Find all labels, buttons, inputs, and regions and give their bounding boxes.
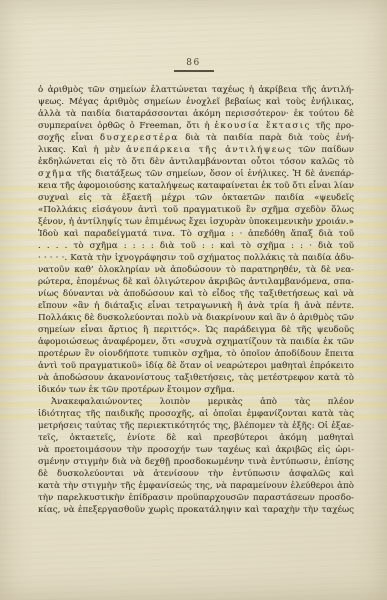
text-run: ψεως. Μέγας ἀριθμὸς σημείων ἐνοχλεῖ βεβα…	[38, 97, 354, 107]
text-line: νατοῦν καθ’ ὁλοκληρίαν νὰ ἀποδώσουν τὸ π…	[38, 264, 354, 276]
text-line: κεια τῆς ἀφομοιούσης καταλήψεως καταφαίν…	[38, 180, 354, 192]
text-line: κατὰ τὴν στιγμὴν τῆς ἐμφανίσεώς της, νὰ …	[38, 480, 354, 492]
text-line: ἀφομοιώσεως ἀναφέρομεν, ὅτι «συχνὰ σχημα…	[38, 336, 354, 348]
text-run: Πολλάκις δὲ δυσκολεύονται πολὺ νὰ διακρί…	[38, 313, 354, 323]
text-run: διὰ τὰ παιδία παρὰ διὰ τοὺς ἐνή-	[179, 133, 354, 143]
text-line: Πολλάκις δὲ δυσκολεύονται πολὺ νὰ διακρί…	[38, 312, 354, 324]
text-block: ὁ ἀριθμὸς τῶν σημείων ἐλαττώνεται ταχέως…	[38, 84, 354, 516]
page-number-rule	[174, 70, 214, 72]
text-line: τεῖς, ὀκταετεῖς, ἐνίοτε δὲ καὶ πρεσβύτερ…	[38, 432, 354, 444]
text-line: συμπεραίνει ὀρθῶς ὁ Freeman, ὅτι ἡ ἑκουσ…	[38, 120, 354, 132]
text-run: σημείων εἶναι ἄρτιος ἢ περιττός». Ὡς παρ…	[38, 325, 354, 335]
text-run: συμπεραίνει ὀρθῶς ὁ Freeman, ὅτι ἡ	[38, 121, 214, 131]
text-run: κατὰ τὴν στιγμὴν τῆς ἐμφανίσεώς της, νὰ …	[38, 481, 354, 491]
emphasized-text: δυσχερεστέρα	[100, 133, 179, 143]
text-line: ὁ ἀριθμὸς τῶν σημείων ἐλαττώνεται ταχέως…	[38, 84, 354, 96]
text-line: νίως δύνανται νὰ ἀποδώσουν καὶ τὸ εἶδος …	[38, 288, 354, 300]
text-line: νὰ ἀποδώσουν ἀκανονίστους ταξιθετήσεις, …	[38, 372, 354, 384]
text-run: συχναὶ εἰς τὰ ἑξαετῆ μέχρι τῶν ὀκταετῶν …	[38, 193, 354, 204]
text-run: ἀντὶ τοῦ πραγματικοῦ» ἰδίᾳ δὲ ὅταν οἱ νε…	[38, 361, 354, 371]
text-line: σμένην στιγμὴν διὰ νὰ δεχθῇ προσδοκωμένη…	[38, 456, 354, 468]
text-run: κίας, νὰ ἐπεξεργασθοῦν χωρὶς προκατάληψι…	[38, 505, 354, 515]
emphasized-text: σχῆμα	[38, 169, 73, 179]
text-line: λικας. Καὶ ἡ μὲν ἀνεπάρκεια τῆς ἀντιλήψε…	[38, 144, 354, 156]
text-line: ἀλλὰ τὰ παιδία διαταράσσονται ἀκόμη περι…	[38, 108, 354, 120]
text-line: μετρήσεις ταύτας τῆς περιεκτικότητός της…	[38, 420, 354, 432]
page-number: 86	[186, 58, 200, 68]
text-run: λικας. Καὶ ἡ μὲν	[38, 145, 126, 155]
text-line: «Πολλάκις εἰσάγουν ἀντὶ τοῦ πραγματικοῦ …	[38, 204, 354, 216]
text-run: εἴπουν «ἂν ἡ διάταξις εἶναι τετραγωνικὴ …	[38, 301, 354, 311]
text-run: ἀλλὰ τὰ παιδία διαταράσσονται ἀκόμη περι…	[38, 109, 354, 119]
text-run: νὰ προετοιμάσουν τὴν προσοχήν των ταχέως…	[38, 445, 354, 455]
text-run: τῶν παίδων	[292, 145, 354, 155]
text-line: σχῆμα τῆς διατάξεως τῶν σημείων, ὅσον οἱ…	[38, 168, 354, 180]
text-run: «Πολλάκις εἰσάγουν ἀντὶ τοῦ πραγματικοῦ …	[38, 205, 354, 216]
text-run: ἰδικόν των ἐκ τῶν προτέρων ἕτοιμον σχῆμα…	[38, 385, 235, 395]
page-header: 86	[0, 50, 387, 72]
text-run: δὲ δυσκολεύονται νὰ ἀτενίσουν τὴν ἐντύπω…	[38, 469, 354, 480]
text-run: ἀφομοιώσεως ἀναφέρομεν, ὅτι «συχνὰ σχημα…	[38, 337, 354, 347]
text-run: ξένον, ἡ ἀντίληψίς των ἐπιμένως ἔχει ἰσχ…	[38, 217, 354, 227]
text-run: τῆς προ-	[311, 121, 354, 131]
text-line: Ἀνακεφαλαιώνοντες λοιπὸν μερικὰς ἀπὸ τὰς…	[38, 396, 354, 408]
text-run: ρώτερα, ἑπομένως δὲ καὶ ὀλιγώτερον ἀκριβ…	[38, 277, 354, 287]
text-run: τῆς διατάξεως τῶν σημείων, ὅσον οἱ ἐνήλι…	[73, 169, 354, 179]
text-run: προτέρων ἓν οἱονδήποτε τυπικὸν σχῆμα, τὸ…	[38, 349, 354, 359]
text-line: συχναὶ εἰς τὰ ἑξαετῆ μέχρι τῶν ὀκταετῶν …	[38, 192, 354, 204]
text-line: . . . . τὸ σχῆμα : : : : διὰ τοῦ : : καὶ…	[38, 240, 354, 252]
text-run: τὴν παρελκυστικὴν ἐπίδρασιν προϋπαρχουσῶ…	[38, 493, 354, 503]
text-run: τεῖς, ὀκταετεῖς, ἐνίοτε δὲ καὶ πρεσβύτερ…	[38, 433, 354, 444]
text-run: · · · · ·. Κατὰ τὴν ἰχνογράφησιν τοῦ σχή…	[38, 253, 354, 263]
text-line: Ἰδοὺ καὶ παραδείγματά τινα. Τὸ σχῆμα : ·…	[38, 228, 354, 240]
text-line: ἰδιότητας τῆς παιδικῆς προσοχῆς, αἱ ὁποῖ…	[38, 408, 354, 420]
text-line: σοχῆς εἶναι δυσχερεστέρα διὰ τὰ παιδία π…	[38, 132, 354, 144]
text-line: ἐκδηλώνεται εἰς τὸ ὅτι δὲν ἀντιλαμβάνοντ…	[38, 156, 354, 168]
text-run: . . . . τὸ σχῆμα : : : : διὰ τοῦ : : καὶ…	[38, 241, 354, 251]
text-run: μετρήσεις ταύτας τῆς περιεκτικότητός της…	[38, 421, 354, 431]
text-run: νὰ ἀποδώσουν ἀκανονίστους ταξιθετήσεις, …	[38, 373, 354, 383]
text-line: · · · · ·. Κατὰ τὴν ἰχνογράφησιν τοῦ σχή…	[38, 252, 354, 264]
text-line: σημείων εἶναι ἄρτιος ἢ περιττός». Ὡς παρ…	[38, 324, 354, 336]
text-line: ρώτερα, ἑπομένως δὲ καὶ ὀλιγώτερον ἀκριβ…	[38, 276, 354, 288]
text-run: ἰδιότητας τῆς παιδικῆς προσοχῆς, αἱ ὁποῖ…	[38, 409, 354, 419]
text-line: προτέρων ἓν οἱονδήποτε τυπικὸν σχῆμα, τὸ…	[38, 348, 354, 360]
text-run: Ἀνακεφαλαιώνοντες λοιπὸν μερικὰς ἀπὸ τὰς…	[38, 397, 354, 408]
book-page: 86 ὁ ἀριθμὸς τῶν σημείων ἐλαττώνεται ταχ…	[0, 0, 387, 600]
text-line: τὴν παρελκυστικὴν ἐπίδρασιν προϋπαρχουσῶ…	[38, 492, 354, 504]
text-line: δὲ δυσκολεύονται νὰ ἀτενίσουν τὴν ἐντύπω…	[38, 468, 354, 480]
text-line: νὰ προετοιμάσουν τὴν προσοχήν των ταχέως…	[38, 444, 354, 456]
text-line: ἰδικόν των ἐκ τῶν προτέρων ἕτοιμον σχῆμα…	[38, 384, 354, 396]
text-line: κίας, νὰ ἐπεξεργασθοῦν χωρὶς προκατάληψι…	[38, 504, 354, 516]
text-run: σοχῆς εἶναι	[38, 133, 100, 143]
text-line: ἀντὶ τοῦ πραγματικοῦ» ἰδίᾳ δὲ ὅταν οἱ νε…	[38, 360, 354, 372]
text-line: εἴπουν «ἂν ἡ διάταξις εἶναι τετραγωνικὴ …	[38, 300, 354, 312]
text-run: σμένην στιγμὴν διὰ νὰ δεχθῇ προσδοκωμένη…	[38, 457, 354, 467]
text-run: νίως δύνανται νὰ ἀποδώσουν καὶ τὸ εἶδος …	[38, 289, 354, 299]
text-run: ἐκδηλώνεται εἰς τὸ ὅτι δὲν ἀντιλαμβάνοντ…	[38, 157, 354, 167]
emphasized-text: ἑκουσία ἔκτασις	[214, 121, 310, 131]
text-run: κεια τῆς ἀφομοιούσης καταλήψεως καταφαίν…	[38, 181, 354, 191]
emphasized-text: ἀνεπάρκεια τῆς ἀντιλήψεως	[126, 145, 293, 155]
text-line: ξένον, ἡ ἀντίληψίς των ἐπιμένως ἔχει ἰσχ…	[38, 216, 354, 228]
text-line: ψεως. Μέγας ἀριθμὸς σημείων ἐνοχλεῖ βεβα…	[38, 96, 354, 108]
text-run: Ἰδοὺ καὶ παραδείγματά τινα. Τὸ σχῆμα : ·…	[38, 229, 354, 239]
text-run: ὁ ἀριθμὸς τῶν σημείων ἐλαττώνεται ταχέως…	[38, 85, 354, 95]
text-run: νατοῦν καθ’ ὁλοκληρίαν νὰ ἀποδώσουν τὸ π…	[38, 265, 354, 275]
